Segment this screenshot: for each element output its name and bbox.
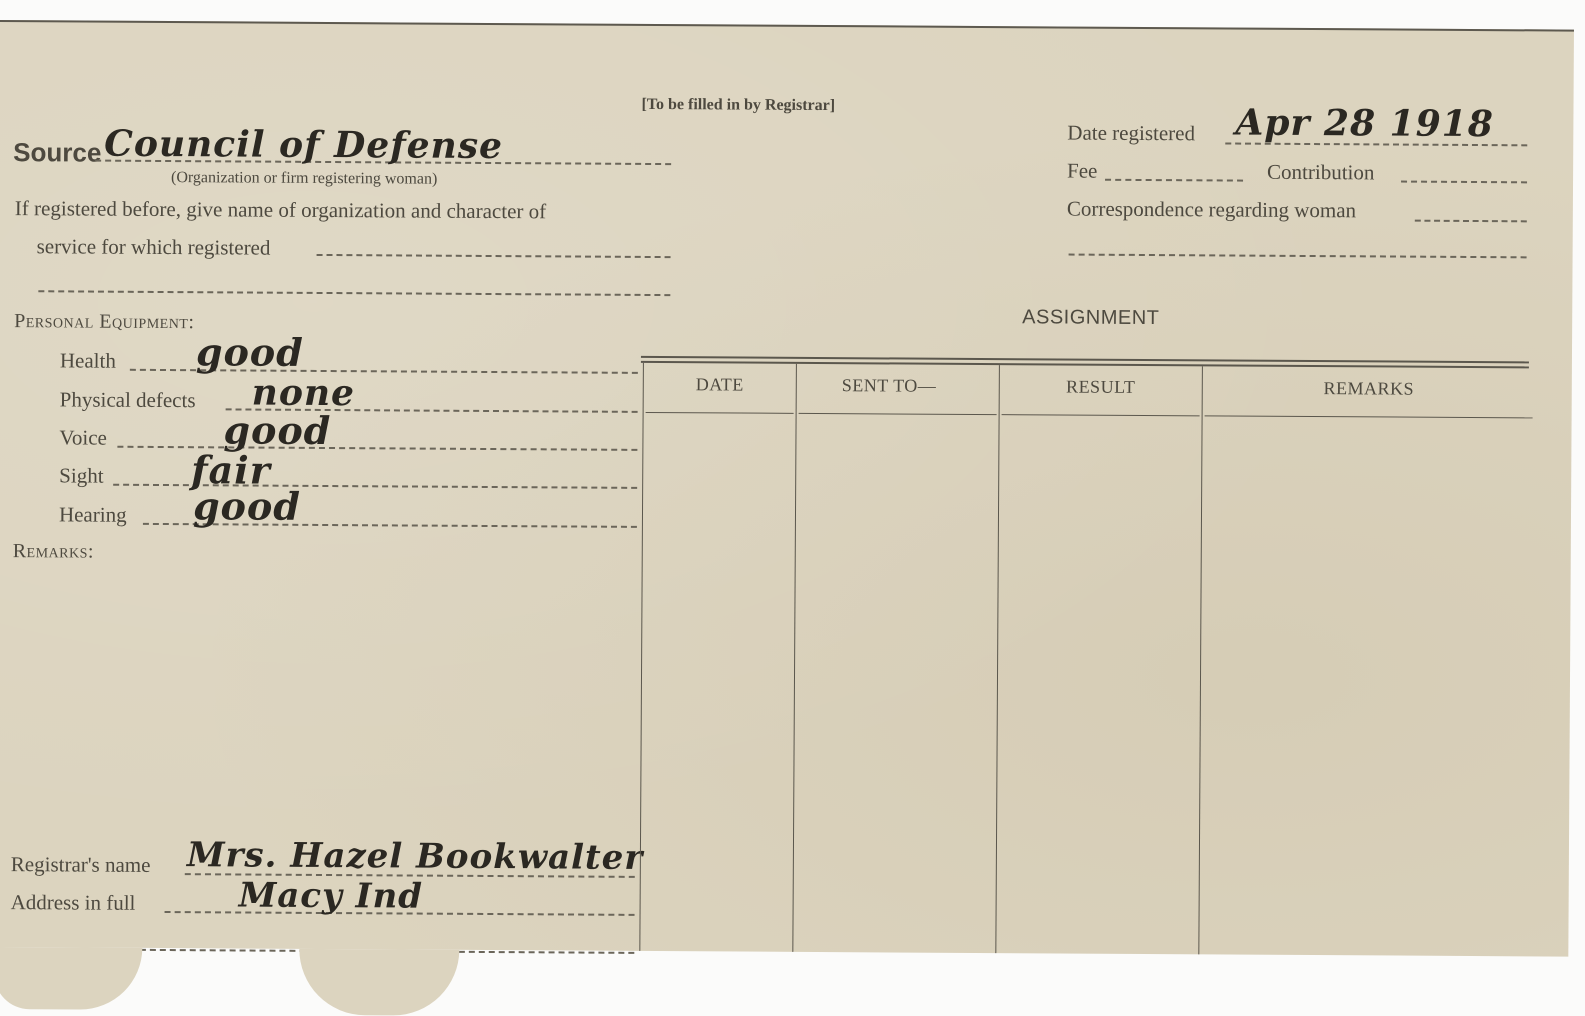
column-header-date: DATE (645, 374, 795, 396)
registered-before-text: If registered before, give name of organ… (15, 196, 547, 224)
source-caption: (Organization or firm registering woman) (171, 169, 437, 189)
address-label: Address in full (11, 890, 136, 916)
registrar-note: [To be filled in by Registrar] (641, 96, 835, 115)
column-header-remarks: REMARKS (1204, 377, 1534, 400)
hearing-value[interactable]: good (193, 483, 301, 529)
result-column-cells[interactable] (997, 418, 1200, 949)
date-registered-value[interactable]: Apr 28 1918 (1235, 102, 1494, 146)
registered-before-text-2: service for which registered (37, 234, 271, 260)
remarks-heading: Remarks: (13, 540, 94, 563)
source-value[interactable]: Council of Defense (104, 123, 503, 167)
correspondence-label: Correspondence regarding woman (1067, 197, 1356, 224)
registered-before-line-2[interactable] (38, 290, 670, 296)
sight-label: Sight (59, 463, 104, 488)
header-underline (1205, 415, 1533, 418)
correspondence-line[interactable] (1415, 220, 1527, 223)
fee-label: Fee (1067, 159, 1097, 184)
card-tab-middle (299, 949, 459, 1016)
voice-label: Voice (59, 425, 107, 450)
column-header-sent-to: SENT TO— (798, 375, 998, 397)
date-registered-label: Date registered (1067, 121, 1195, 147)
card-tab-left (0, 947, 142, 1010)
header-underline (646, 412, 794, 414)
registrar-name-value[interactable]: Mrs. Hazel Bookwalter (187, 835, 644, 878)
contribution-label: Contribution (1267, 160, 1374, 186)
address-value[interactable]: Macy Ind (239, 875, 424, 916)
sent-to-column-cells[interactable] (794, 417, 997, 948)
contribution-line[interactable] (1401, 181, 1527, 184)
column-header-result: RESULT (1001, 376, 1201, 398)
header-underline (1002, 414, 1200, 416)
personal-equipment-heading: Personal Equipment: (14, 310, 194, 334)
date-column-cells[interactable] (641, 416, 794, 947)
remarks-column-cells[interactable] (1200, 419, 1533, 951)
correspondence-line-2[interactable] (1069, 254, 1527, 259)
registered-before-line[interactable] (317, 254, 671, 258)
physical-defects-label: Physical defects (60, 387, 196, 413)
remarks-area[interactable] (11, 572, 633, 836)
voice-value[interactable]: good (223, 407, 331, 453)
source-label: Source (13, 137, 101, 169)
registrar-name-label: Registrar's name (11, 852, 151, 878)
fee-line[interactable] (1105, 179, 1243, 182)
registration-card: [To be filled in by Registrar] Source Co… (0, 20, 1574, 957)
hearing-label: Hearing (59, 502, 127, 527)
health-label: Health (60, 348, 116, 373)
assignment-table: DATE SENT TO— RESULT REMARKS (0, 22, 1574, 32)
header-underline (799, 413, 997, 415)
health-value[interactable]: good (196, 329, 304, 375)
assignment-title: ASSIGNMENT (1022, 306, 1159, 330)
